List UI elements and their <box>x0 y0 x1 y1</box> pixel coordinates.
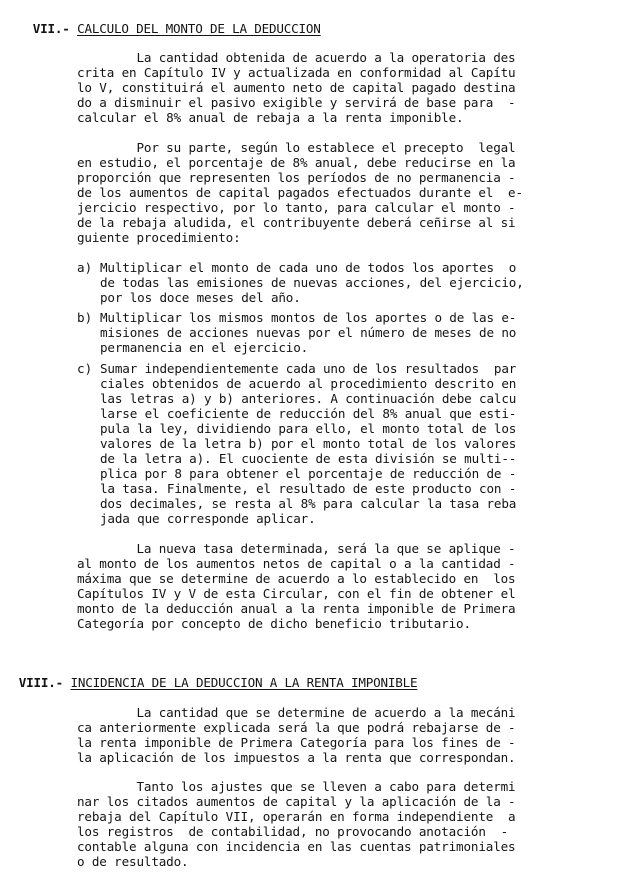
text-line: Categoría por concepto de dicho benefici… <box>77 616 471 631</box>
text-line: nar los citados aumentos de capital y la… <box>77 794 516 809</box>
text-line: de todas las emisiones de nuevas accione… <box>100 275 524 290</box>
section-viii-heading: VIII.- INCIDENCIA DE LA DEDUCCION A LA R… <box>4 660 417 690</box>
text-line: en estudio, el porcentaje de 8% anual, d… <box>77 155 516 170</box>
list-item-label: a) <box>77 260 92 275</box>
text-line: la tasa. Finalmente, el resultado de est… <box>100 481 516 496</box>
text-line: Multiplicar los mismos montos de los apo… <box>100 310 516 325</box>
text-line: proporción que representen los períodos … <box>77 170 516 185</box>
list-item-label: c) <box>77 361 92 376</box>
text-line: lo V, constituirá el aumento neto de cap… <box>77 80 516 95</box>
text-line: contable alguna con incidencia en las cu… <box>77 839 516 854</box>
text-line: do a disminuir el pasivo exigible y serv… <box>77 95 516 110</box>
text-line: La cantidad que se determine de acuerdo … <box>77 705 516 720</box>
text-line: Multiplicar el monto de cada uno de todo… <box>100 260 516 275</box>
text-line: plica por 8 para obtener el porcentaje d… <box>100 466 516 481</box>
text-line: pula la ley, dividiendo para ello, el mo… <box>100 421 516 436</box>
text-line: al monto de los aumentos netos de capita… <box>77 556 516 571</box>
text-line: los registros de contabilidad, no provoc… <box>77 824 508 839</box>
text-line: valores de la letra b) por el monto tota… <box>100 436 516 451</box>
section-number: VIII.- <box>19 675 63 690</box>
section-title: CALCULO DEL MONTO DE LA DEDUCCION <box>77 21 321 36</box>
text-line: ciales obtenidos de acuerdo al procedimi… <box>100 376 516 391</box>
text-line: las letras a) y b) anteriores. A continu… <box>100 391 516 406</box>
section-number: VII.- <box>33 21 70 36</box>
text-line: La cantidad obtenida de acuerdo a la ope… <box>77 50 516 65</box>
text-line: jercicio respectivo, por lo tanto, para … <box>77 200 516 215</box>
text-line: o de resultado. <box>77 854 188 869</box>
text-line: ca anteriormente explicada será la que p… <box>77 720 516 735</box>
text-line: guiente procedimiento: <box>77 230 241 245</box>
text-line: máxima que se determine de acuerdo a lo … <box>77 571 516 586</box>
section-vii-heading: VII.- CALCULO DEL MONTO DE LA DEDUCCION <box>18 6 321 36</box>
section-title: INCIDENCIA DE LA DEDUCCION A LA RENTA IM… <box>70 675 417 690</box>
text-line: la aplicación de los impuestos a la rent… <box>77 750 516 765</box>
text-line: por los doce meses del año. <box>100 290 301 305</box>
text-line: Por su parte, según lo establece el prec… <box>77 140 516 155</box>
text-line: la renta imponible de Primera Categoría … <box>77 735 516 750</box>
text-line: permanencia en el ejercicio. <box>100 340 308 355</box>
list-item-label: b) <box>77 310 92 325</box>
text-line: Capítulos IV y V de esta Circular, con e… <box>77 586 516 601</box>
text-line: Sumar independientemente cada uno de los… <box>100 361 516 376</box>
text-line: Tanto los ajustes que se lleven a cabo p… <box>77 779 516 794</box>
text-line: jada que corresponde aplicar. <box>100 511 316 526</box>
text-line: rebaja del Capítulo VII, operarán en for… <box>77 809 516 824</box>
text-line: larse el coeficiente de reducción del 8%… <box>100 406 516 421</box>
text-line: La nueva tasa determinada, será la que s… <box>77 541 516 556</box>
text-line: calcular el 8% anual de rebaja a la rent… <box>77 110 463 125</box>
text-line: crita en Capítulo IV y actualizada en co… <box>77 65 516 80</box>
text-line: de los aumentos de capital pagados efect… <box>77 185 523 200</box>
text-line: de la rebaja aludida, el contribuyente d… <box>77 215 516 230</box>
text-line: misiones de acciones nuevas por el númer… <box>100 325 516 340</box>
text-line: dos decimales, se resta al 8% para calcu… <box>100 496 516 511</box>
text-line: monto de la deducción anual a la renta i… <box>77 601 516 616</box>
text-line: de la letra a). El cuociente de esta div… <box>100 451 516 466</box>
